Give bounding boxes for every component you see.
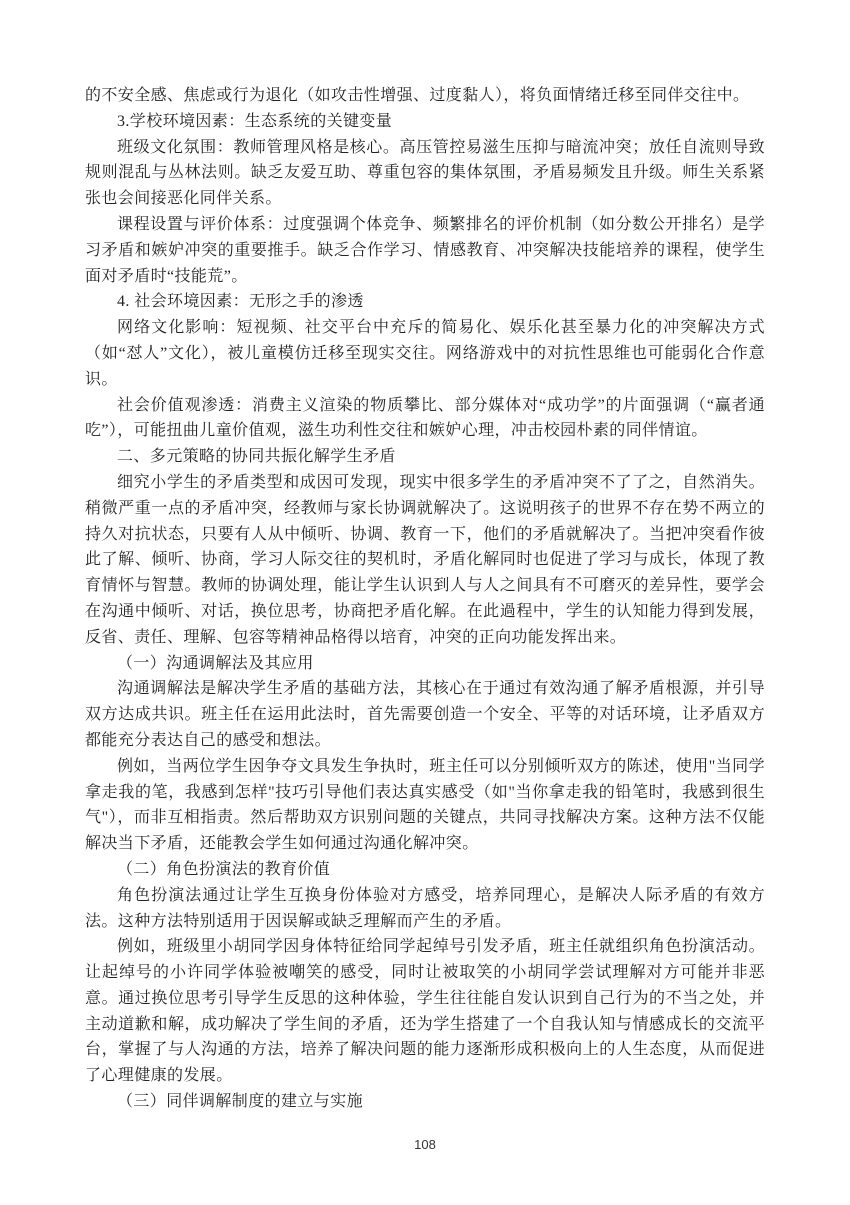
- document-page: 的不安全感、焦虑或行为退化（如攻击性增强、过度黏人），将负面情绪迁移至同伴交往中…: [0, 0, 850, 1205]
- document-body: 的不安全感、焦虑或行为退化（如攻击性增强、过度黏人），将负面情绪迁移至同伴交往中…: [85, 83, 765, 1115]
- paragraph: 例如，当两位学生因争夺文具发生争执时，班主任可以分别倾听双方的陈述，使用"当同学…: [85, 754, 765, 857]
- paragraph: 网络文化影响：短视频、社交平台中充斥的简易化、娱乐化甚至暴力化的冲突解决方式（如…: [85, 315, 765, 392]
- section-heading: 3.学校环境因素：生态系统的关键变量: [85, 109, 765, 135]
- paragraph: 沟通调解法是解决学生矛盾的基础方法，其核心在于通过有效沟通了解矛盾根源，并引导双…: [85, 676, 765, 753]
- paragraph: 社会价值观渗透：消费主义渲染的物质攀比、部分媒体对“成功学”的片面强调（“赢者通…: [85, 393, 765, 445]
- section-heading: （二）角色扮演法的教育价值: [85, 857, 765, 883]
- paragraph: 角色扮演法通过让学生互换身份体验对方感受，培养同理心，是解决人际矛盾的有效方法。…: [85, 883, 765, 935]
- section-heading: （三）同伴调解制度的建立与实施: [85, 1089, 765, 1115]
- paragraph: 课程设置与评价体系：过度强调个体竞争、频繁排名的评价机制（如分数公开排名）是学习…: [85, 212, 765, 289]
- paragraph: 班级文化氛围：教师管理风格是核心。高压管控易滋生压抑与暗流冲突；放任自流则导致规…: [85, 135, 765, 212]
- paragraph: 例如，班级里小胡同学因身体特征给同学起绰号引发矛盾，班主任就组织角色扮演活动。让…: [85, 934, 765, 1089]
- section-heading: 4. 社会环境因素：无形之手的渗透: [85, 289, 765, 315]
- section-heading: （一）沟通调解法及其应用: [85, 651, 765, 677]
- page-number: 108: [0, 1137, 850, 1152]
- section-heading: 二、多元策略的协同共振化解学生矛盾: [85, 444, 765, 470]
- paragraph: 细究小学生的矛盾类型和成因可发现，现实中很多学生的矛盾冲突不了了之，自然消失。稍…: [85, 470, 765, 651]
- paragraph: 的不安全感、焦虑或行为退化（如攻击性增强、过度黏人），将负面情绪迁移至同伴交往中…: [85, 83, 765, 109]
